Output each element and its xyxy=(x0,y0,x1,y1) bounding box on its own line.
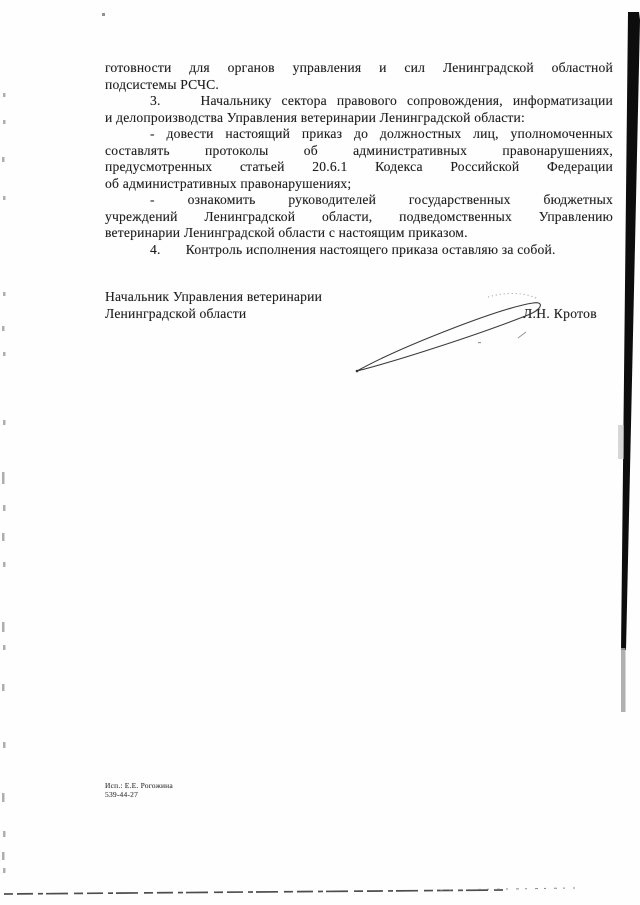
body-line: об административных правонарушениях; xyxy=(105,176,613,193)
signer-position-line: Ленинградской области xyxy=(105,305,322,322)
order-body-text: готовности для органов управления и сил … xyxy=(105,60,613,258)
body-line: подсистемы РСЧС. xyxy=(105,77,613,94)
signature-position-block: Начальник Управления ветеринарии Ленингр… xyxy=(105,288,322,322)
signer-position-line: Начальник Управления ветеринарии xyxy=(105,288,322,305)
signer-name: Л.Н. Кротов xyxy=(523,306,597,322)
scanned-document-page: готовности для органов управления и сил … xyxy=(0,0,640,905)
body-line: учреждений Ленинградской области, подвед… xyxy=(105,209,613,226)
scan-band-right xyxy=(618,12,640,712)
body-line: - довести настоящий приказ до должностны… xyxy=(105,126,613,143)
handwritten-signature xyxy=(356,293,541,372)
body-line: и делопроизводства Управления ветеринари… xyxy=(105,110,613,127)
body-line: - ознакомить руководителей государственн… xyxy=(105,192,613,209)
body-line: составлять протоколы об административных… xyxy=(105,143,613,160)
body-line: предусмотренных статьей 20.6.1 Кодекса Р… xyxy=(105,159,613,176)
body-line: готовности для органов управления и сил … xyxy=(105,60,613,77)
body-line-item-3: 3. Начальнику сектора правового сопровож… xyxy=(105,93,613,110)
scan-dots-left xyxy=(2,13,105,873)
body-line: ветеринарии Ленинградской области с наст… xyxy=(105,225,613,242)
executor-phone: 539-44-27 xyxy=(105,790,173,799)
executor-name: Исп.: Е.Е. Рогожина xyxy=(105,781,173,790)
executor-note: Исп.: Е.Е. Рогожина 539-44-27 xyxy=(105,781,173,799)
body-line-item-4: 4. Контроль исполнения настоящего приказ… xyxy=(105,242,613,259)
scan-dashes-bottom xyxy=(4,888,575,894)
